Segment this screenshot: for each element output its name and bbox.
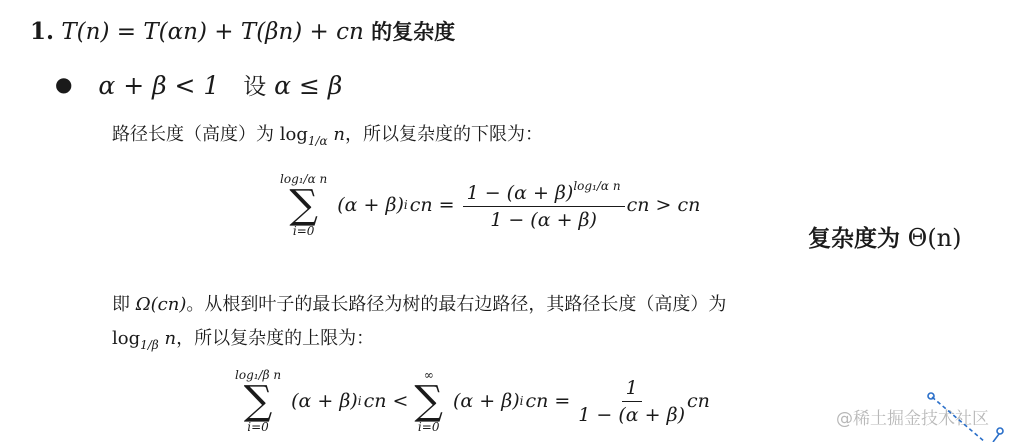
- frac-num-exp: log₁/α n: [573, 179, 620, 193]
- conclusion: 复杂度为 Θ(n): [808, 220, 962, 253]
- sum-lower: i=0: [418, 420, 440, 434]
- assume-label: 设: [243, 74, 266, 100]
- exp: i: [404, 198, 408, 212]
- upper-bound-equation: log₁/β n ∑ i=0 (α + β)i cn < ∞ ∑ i=0 (α …: [235, 368, 710, 434]
- frac-den: 1 − (α + β): [490, 207, 597, 231]
- fraction: 1 − (α + β)log₁/α n 1 − (α + β): [463, 179, 625, 231]
- selection-line-handle-icon[interactable]: [925, 392, 1017, 442]
- section-number: 1.: [30, 18, 54, 45]
- recurrence-formula: T(n) = T(αn) + T(βn) + cn: [61, 19, 364, 45]
- result-tail: cn: [687, 390, 710, 412]
- sum-body: (α + β): [337, 194, 404, 216]
- summation-infinite: ∞ ∑ i=0: [414, 368, 443, 434]
- frac-den: 1 − (α + β): [578, 402, 685, 426]
- sum-lower: i=0: [293, 224, 315, 238]
- text: 路径长度（高度）为: [112, 124, 274, 145]
- log: log: [280, 124, 308, 145]
- summation: log₁/α n ∑ i=0: [280, 172, 327, 238]
- sigma-icon: ∑: [244, 382, 273, 420]
- upper-bound-line2: log1/β n，所以复杂度的上限为：: [112, 324, 374, 352]
- sum-body: (α + β): [291, 390, 358, 412]
- lower-bound-text: 路径长度（高度）为 log1/α n，所以复杂度的下限为：: [112, 120, 543, 148]
- frac-num: 1: [622, 377, 642, 402]
- fraction: 1 1 − (α + β): [578, 377, 685, 426]
- frac-num: 1 − (α + β): [467, 182, 574, 204]
- heading-suffix: 的复杂度: [371, 20, 455, 44]
- exp: i: [520, 394, 524, 408]
- text: 即: [112, 294, 130, 315]
- conclusion-label: 复杂度为: [808, 226, 900, 252]
- lower-bound-equation: log₁/α n ∑ i=0 (α + β)i cn = 1 − (α + β)…: [280, 172, 700, 238]
- log-arg: n: [333, 124, 345, 145]
- section-heading: 1. T(n) = T(αn) + T(βn) + cn 的复杂度: [30, 16, 455, 46]
- conclusion-value: Θ(n): [908, 224, 962, 252]
- omega: Ω(cn): [136, 294, 187, 315]
- sigma-icon: ∑: [289, 186, 318, 224]
- log: log: [112, 328, 140, 349]
- exp: i: [358, 394, 362, 408]
- text: ，所以复杂度的上限为：: [176, 328, 374, 349]
- result-tail: cn > cn: [627, 194, 701, 216]
- sum-lower: i=0: [247, 420, 269, 434]
- sum-tail: cn =: [525, 390, 570, 412]
- sum-tail: cn =: [410, 194, 455, 216]
- log-base: 1/α: [308, 134, 328, 148]
- condition: α + β < 1: [98, 71, 219, 100]
- text: ，所以复杂度的下限为：: [345, 124, 543, 145]
- sum-body: (α + β): [453, 390, 520, 412]
- assumption: α ≤ β: [274, 71, 342, 100]
- summation: log₁/β n ∑ i=0: [235, 368, 281, 434]
- bullet-item: ● α + β < 1 设 α ≤ β: [55, 68, 342, 101]
- log-base: 1/β: [140, 338, 159, 352]
- text: 。从根到叶子的最长路径为树的最右边路径，其路径长度（高度）为: [186, 294, 726, 315]
- bullet-dot-icon: ●: [55, 72, 72, 96]
- sigma-icon: ∑: [414, 382, 443, 420]
- log-arg: n: [164, 328, 176, 349]
- upper-bound-line1: 即 Ω(cn)。从根到叶子的最长路径为树的最右边路径，其路径长度（高度）为: [112, 290, 726, 316]
- sum-tail: cn <: [364, 390, 409, 412]
